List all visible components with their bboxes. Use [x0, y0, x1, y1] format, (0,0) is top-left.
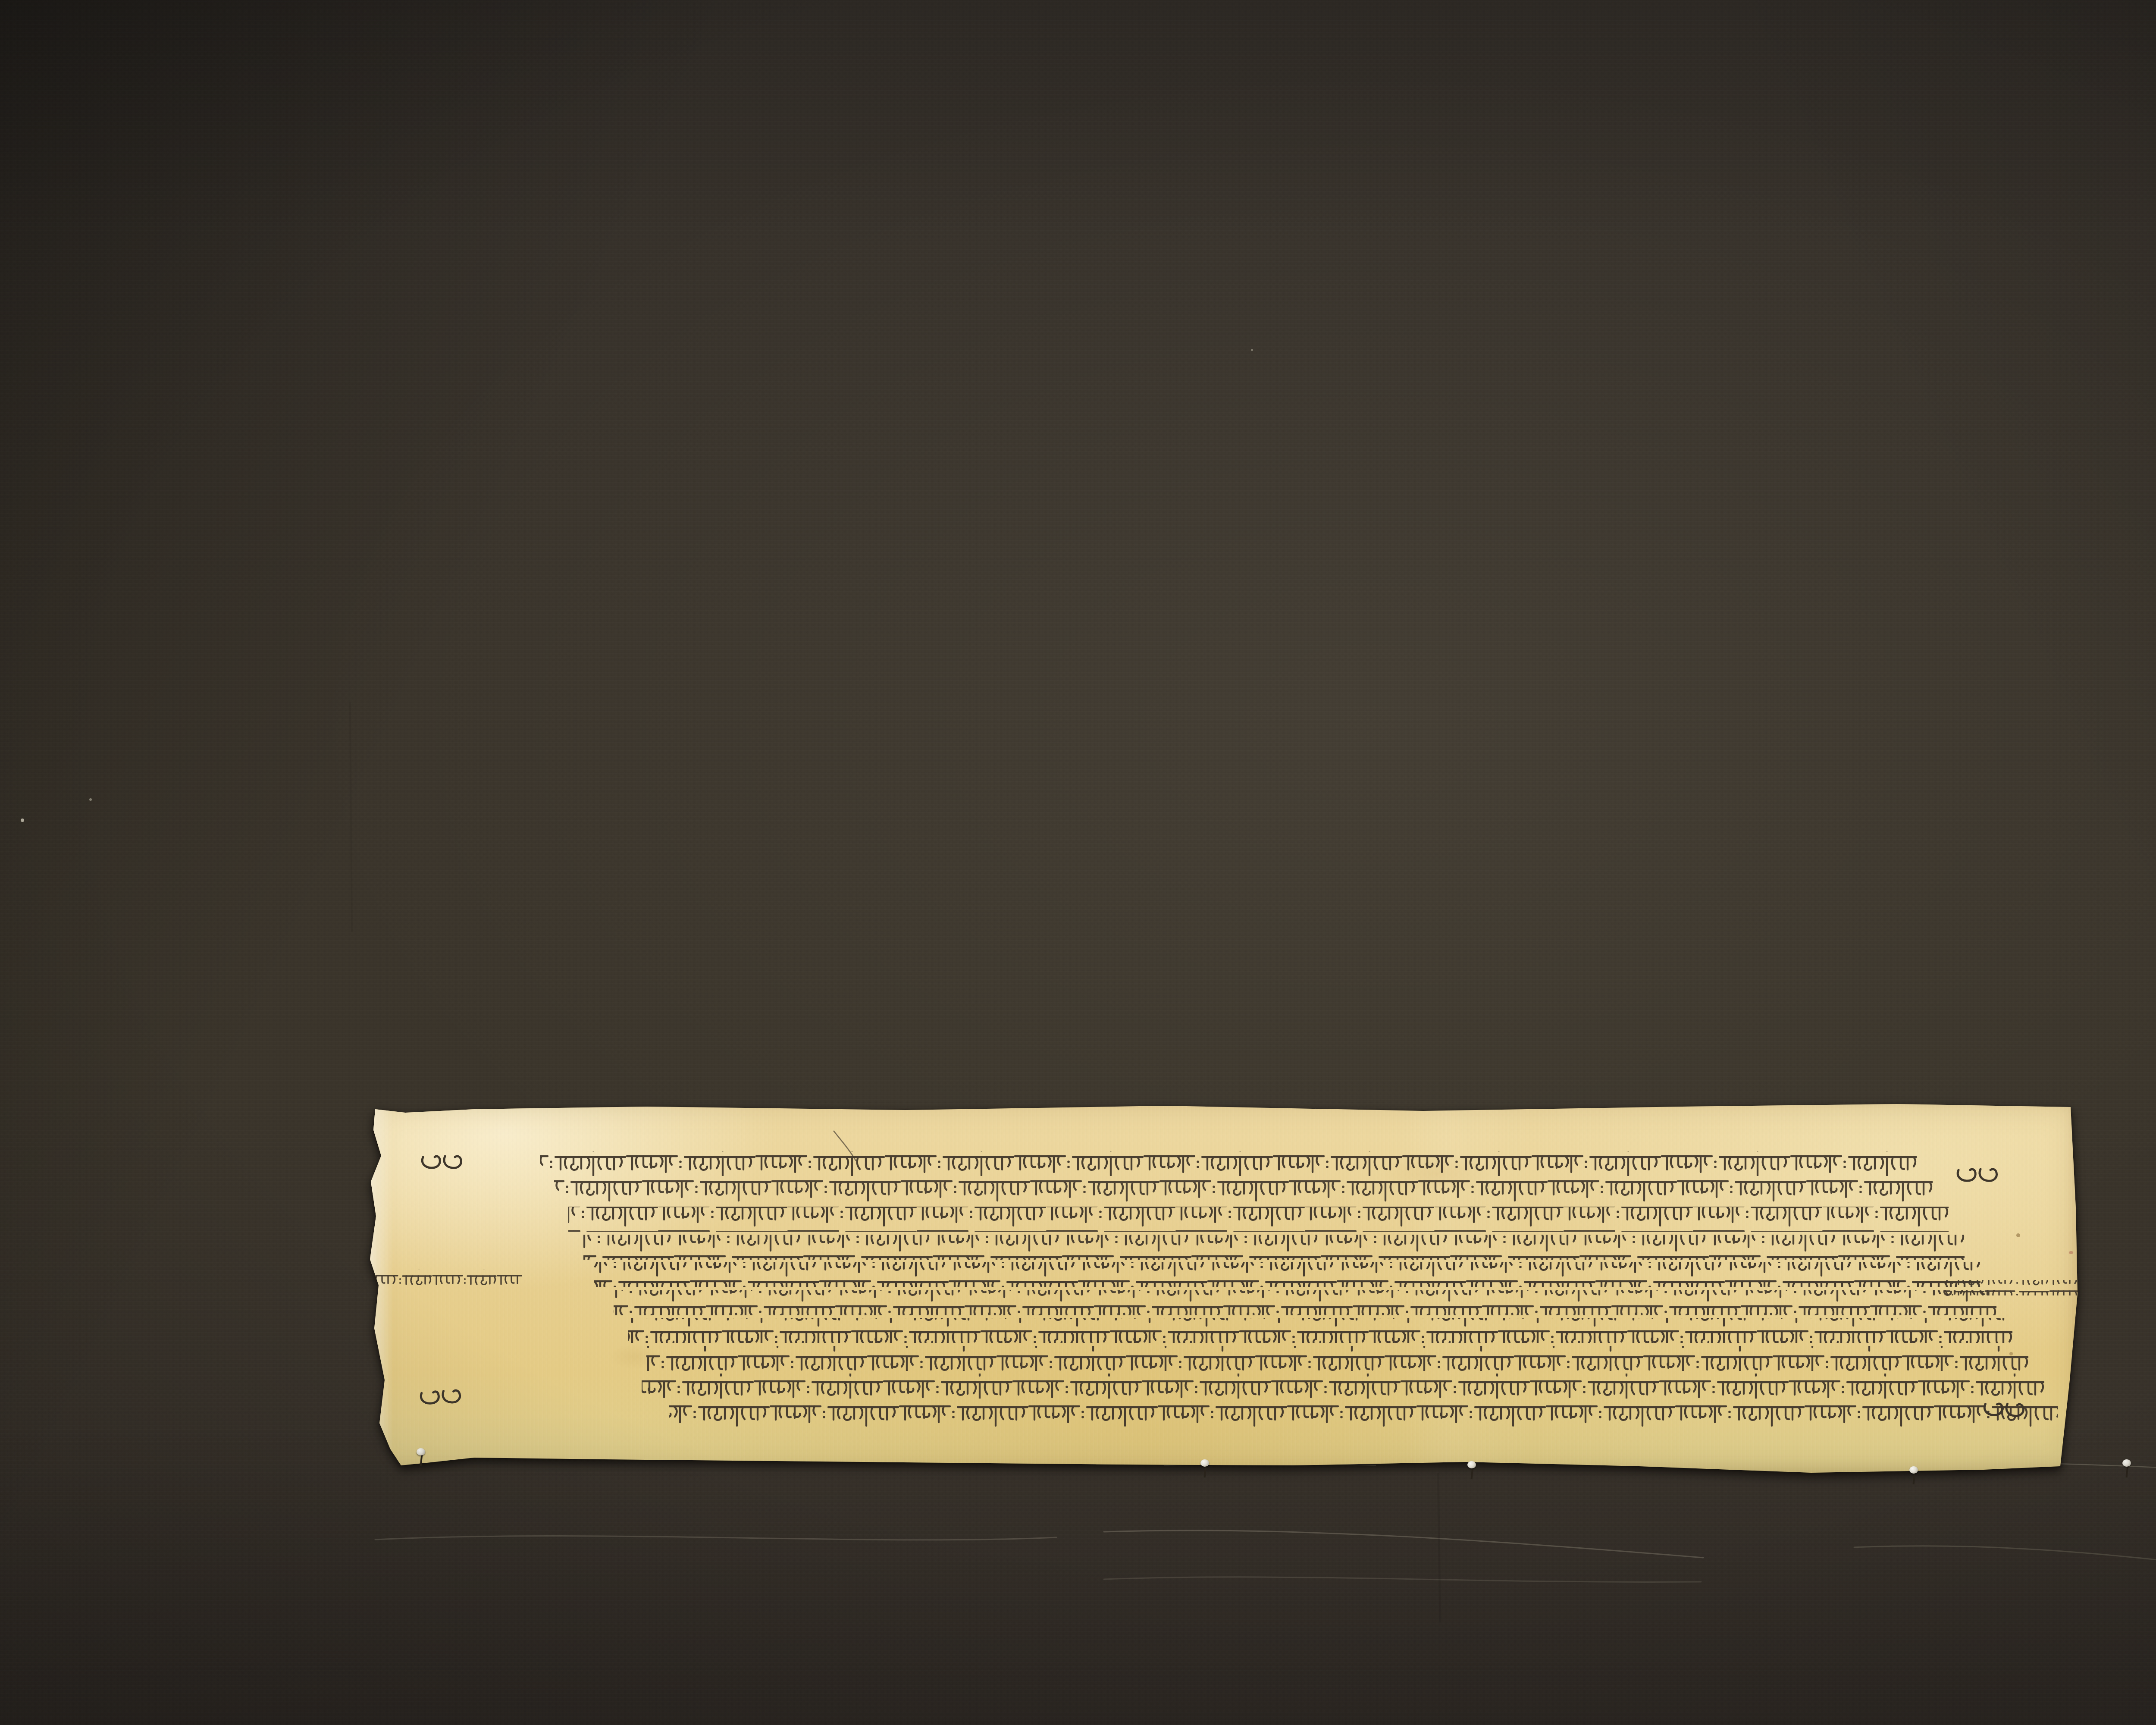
photograph-scene: মদ্রাধিপশ্চাপিযুধিষ্ঠিরস্য শরৈশ্চতুর্ভি …	[0, 0, 2156, 1725]
vignette-overlay	[0, 0, 2156, 1725]
